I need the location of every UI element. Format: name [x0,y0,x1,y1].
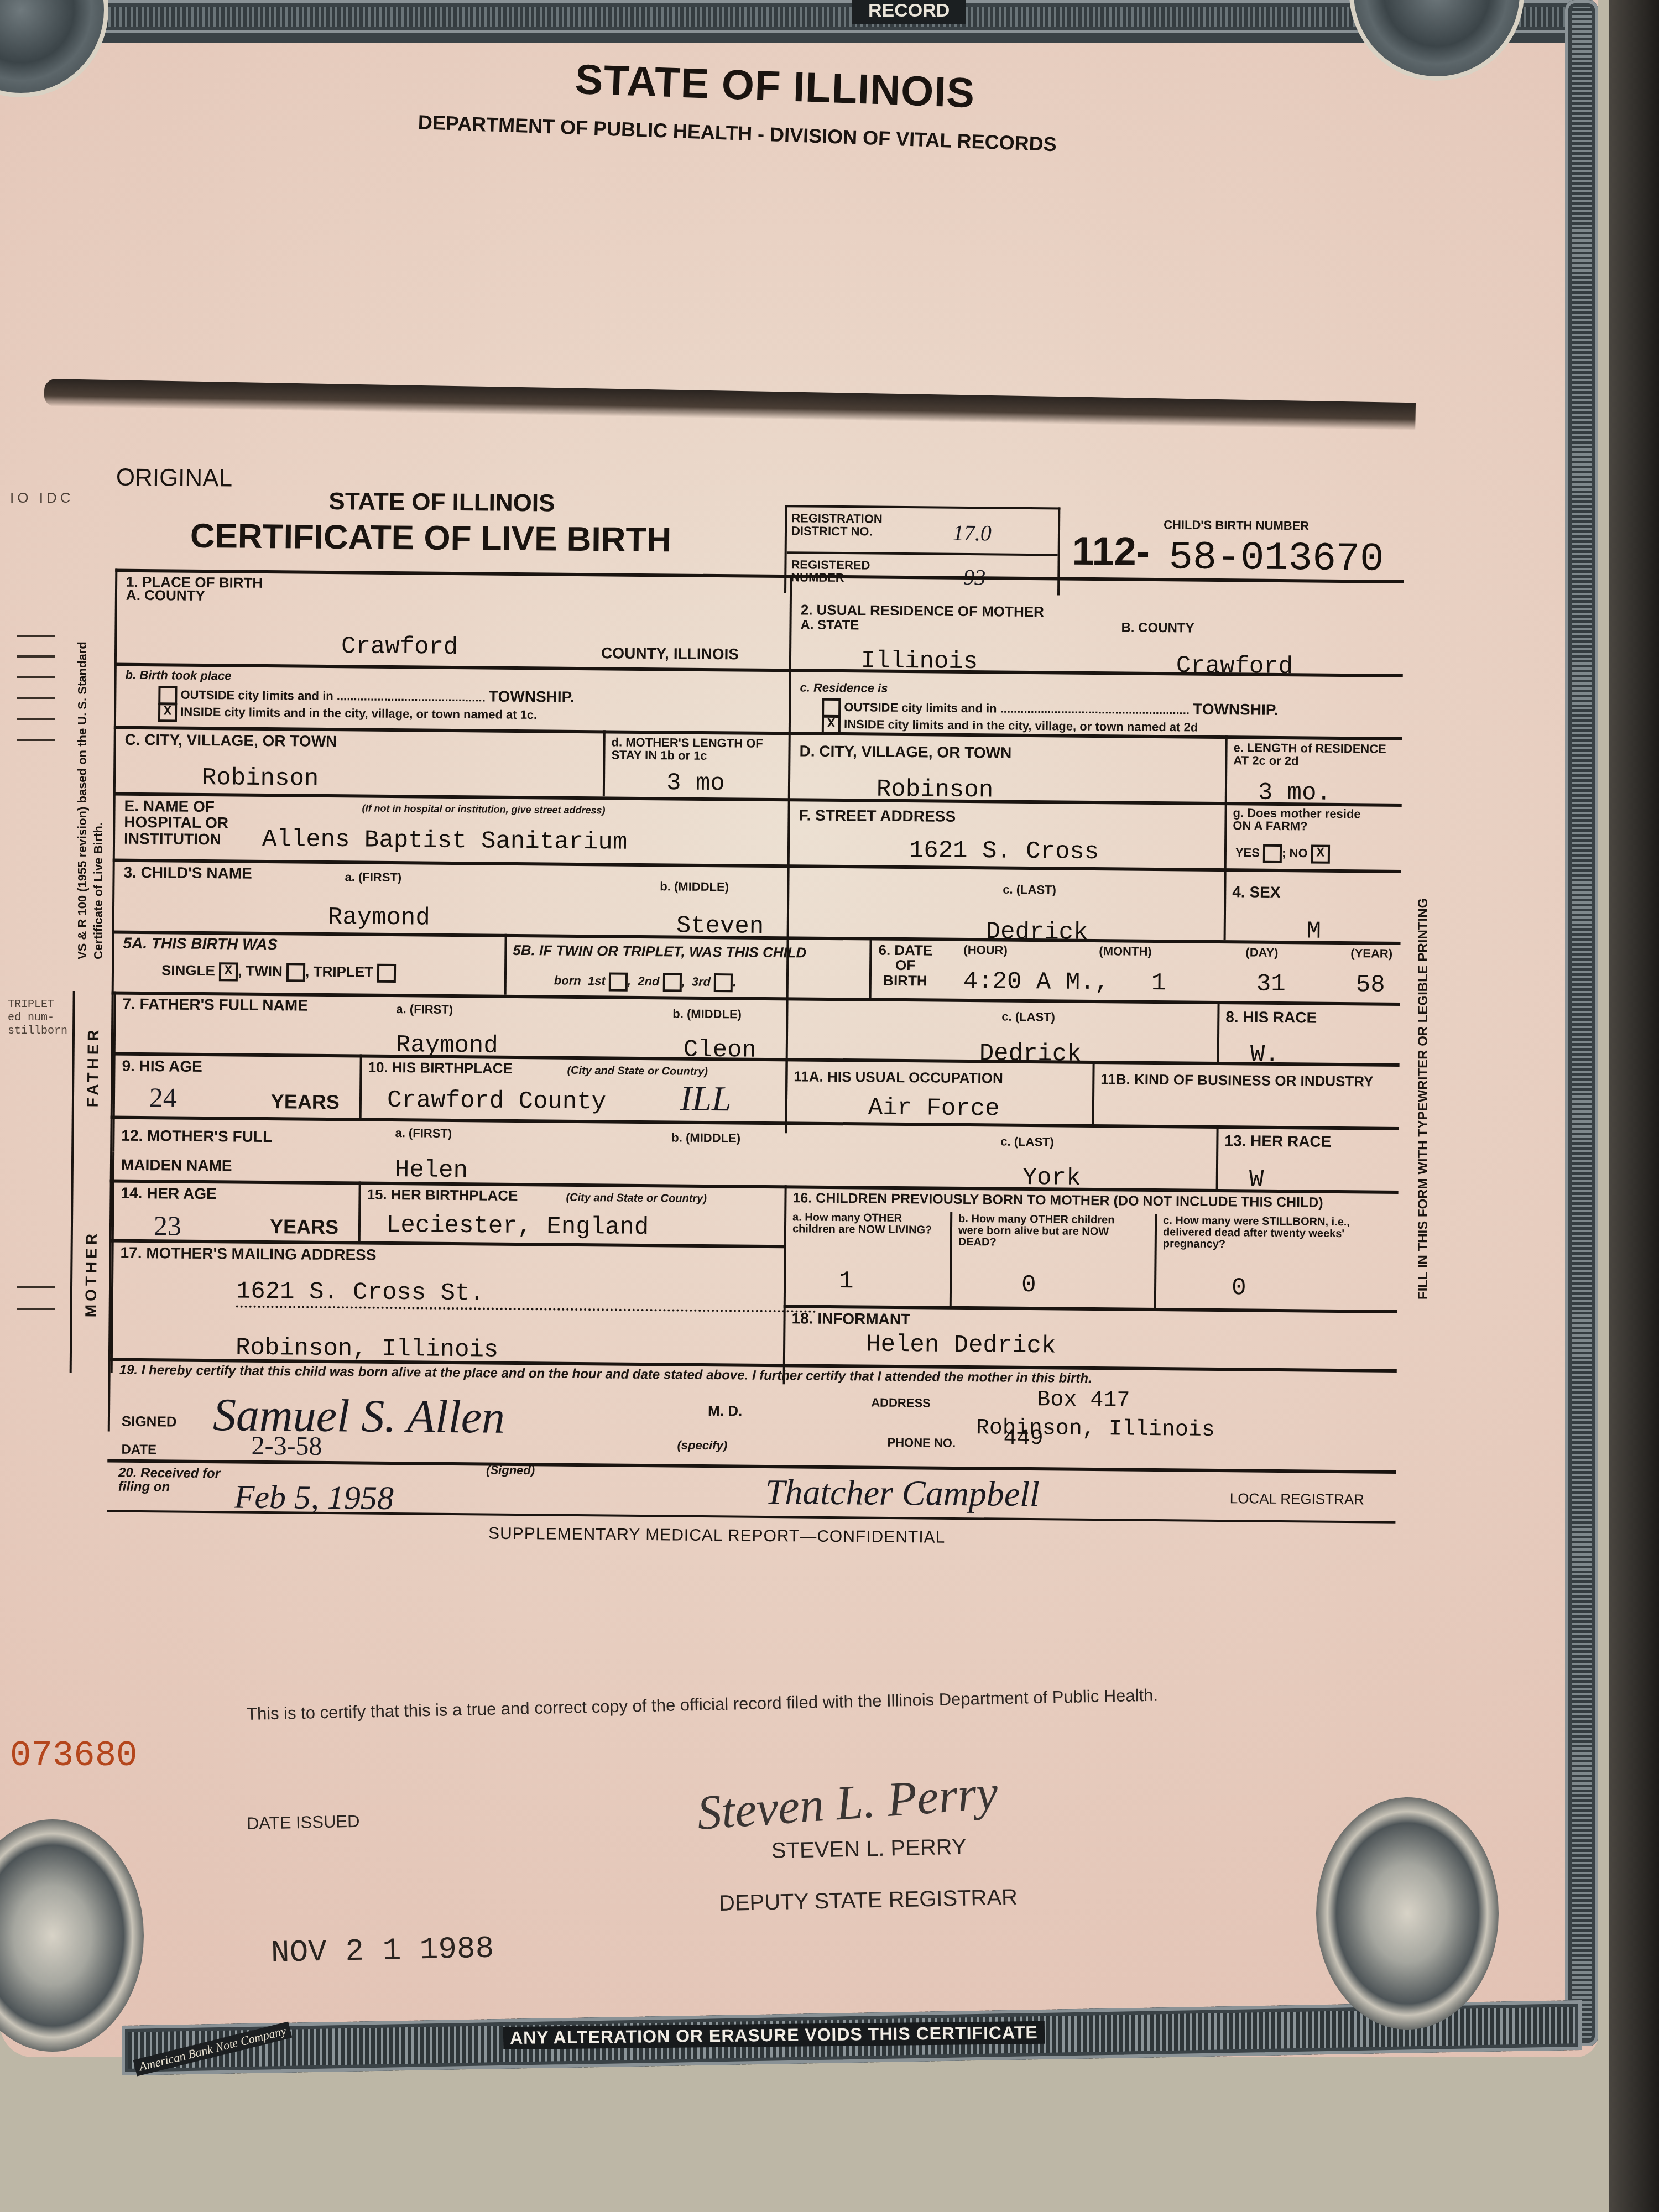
margin-tick [17,718,55,720]
page-title: STATE OF ILLINOIS [574,55,975,117]
registration-box: REGISTRATION DISTRICT NO. 17.0 REGISTERE… [784,505,1060,595]
certificate-form: ORIGINAL STATE OF ILLINOIS CERTIFICATE O… [68,465,1416,1554]
divider [359,1054,362,1118]
children-living-label: a. How many OTHER children are NOW LIVIN… [792,1212,936,1236]
born-label: born [554,973,581,987]
divider [787,551,1058,556]
business-label: 11b. KIND OF BUSINESS OR INDUSTRY [1100,1072,1377,1089]
phone-label: PHONE NO. [888,1436,956,1449]
residence-outside-checkbox[interactable] [822,698,841,717]
mother-name-label: 12. MOTHER'S FULL MAIDEN NAME [121,1121,332,1182]
divider [869,937,872,998]
original-label: ORIGINAL [116,465,233,492]
outside-label: OUTSIDE city limits and in [180,688,333,703]
farm-no-label: NO [1289,846,1307,860]
certification-statement: This is to certify that this is a true a… [247,1682,1275,1725]
twin-checkbox[interactable] [286,963,305,982]
farm-yes-checkbox[interactable] [1263,844,1282,863]
mother-section-label: MOTHER [82,1230,101,1318]
father-birthplace-label: 10. HIS BIRTHPLACE [368,1060,513,1077]
father-first-label: a. (FIRST) [396,1003,453,1016]
plurality-options: SINGLE X, TWIN , TRIPLET [161,962,396,983]
corner-rosette-icon [0,0,108,97]
corner-rosette-icon [1349,0,1524,81]
mother-age-value: 23 [154,1209,182,1241]
divider [1154,1214,1157,1308]
divider [1216,1125,1219,1189]
stay-length-label: d. MOTHER'S LENGTH OF STAY IN 1b or 1c [611,735,788,763]
occupation-value: Air Force [868,1094,1000,1123]
birth-certificate: RECORD STATE OF ILLINOIS DEPARTMENT OF P… [0,0,1598,2057]
page-subtitle: DEPARTMENT OF PUBLIC HEALTH - DIVISION O… [418,111,1057,156]
street-address-label: f. STREET ADDRESS [799,807,956,825]
district-value: 17.0 [953,520,992,546]
third-label: 3rd [692,975,711,989]
date-issued-stamp: NOV 2 1 1988 [270,1931,494,1971]
supplementary-report-label: SUPPLEMENTARY MEDICAL REPORT—CONFIDENTIA… [488,1525,945,1547]
deputy-name: STEVEN L. PERRY [771,1835,967,1864]
second-label: 2nd [638,974,659,988]
child-last-name: Dedrick [985,918,1088,947]
stay-length-value: 3 mo [666,769,725,797]
residence-is-label: c. Residence is [800,681,888,694]
twin-order-label: 5b. IF TWIN OR TRIPLET, was this child [513,943,806,961]
child-middle-label: b. (MIDDLE) [660,880,729,893]
father-birthplace-value: Crawford County [387,1087,606,1116]
county-label: a. COUNTY [126,588,205,604]
mother-middle-label: b. (MIDDLE) [671,1131,740,1144]
children-living-value: 1 [839,1267,854,1295]
informant-value: Helen Dedrick [866,1331,1056,1360]
district-label: REGISTRATION DISTRICT NO. [791,512,913,538]
outside-label: OUTSIDE city limits and in [844,700,997,715]
margin-fragment: TRIPLET ed num- stillborn [8,998,58,1038]
children-dead-value: 0 [1021,1271,1036,1299]
farm-options: YES ; NO X [1235,844,1330,863]
divider [603,730,606,796]
attendant-date: 2-3-58 [251,1431,322,1462]
mailing-address-label: 17. MOTHER'S MAILING ADDRESS [120,1245,376,1263]
margin-tick [17,739,55,741]
mother-birthplace-value: Leciester, England [386,1212,649,1241]
margin-tick [17,676,55,678]
date-of-birth-label: 6. DATE OF BIRTH [878,943,933,989]
typewriter-instruction: FILL IN THIS FORM WITH TYPEWRITER OR LEG… [1416,898,1431,1300]
signed-note: (Signed) [486,1464,535,1477]
children-stillborn-label: c. How many were STILLBORN, i.e., delive… [1163,1215,1374,1251]
inside-label: INSIDE city limits and in the city, vill… [180,705,537,722]
first-born-checkbox[interactable] [609,972,628,991]
birth-day: 31 [1256,971,1286,998]
birth-month: 1 [1151,969,1166,997]
children-born-label: 16. CHILDREN PREVIOUSLY BORN TO MOTHER (… [792,1191,1401,1211]
divider [110,1180,1399,1194]
year-label: (YEAR) [1350,947,1392,960]
father-last-name: Dedrick [979,1040,1082,1068]
residence-length-label: e. LENGTH of RESIDENCE AT 2c or 2d [1233,741,1399,768]
divider [107,1510,1395,1524]
father-last-label: c. (LAST) [1001,1010,1055,1024]
margin-tick [17,1286,55,1288]
registered-number-label: REGISTERED NUMBER [791,558,901,585]
residence-state-label: a. STATE [800,618,859,632]
street-address-value: 1621 S. Cross [909,837,1099,866]
album-binding [1609,0,1659,2212]
mother-race-label: 13. HER RACE [1224,1133,1331,1150]
other-specify-label: (specify) [677,1439,727,1452]
divider [950,1212,952,1306]
hour-label: (HOUR) [963,943,1008,957]
divider [1224,868,1227,940]
twin-label: TWIN [246,963,283,980]
township-label: TOWNSHIP. [1193,701,1279,718]
department-seal-icon [1316,1797,1499,2030]
single-label: SINGLE [161,962,215,979]
phone-value: 449 [1003,1426,1043,1452]
child-first-name: Raymond [328,904,430,932]
certificate-title: CERTIFICATE OF LIVE BIRTH [190,518,672,559]
hospital-value: Allens Baptist Sanitarium [262,826,628,857]
county-suffix: COUNTY, ILLINOIS [601,645,739,662]
serial-number: 073680 [10,1736,137,1776]
father-race-label: 8. HIS RACE [1225,1009,1317,1026]
divider [785,1058,788,1121]
mother-birthplace-note: (City and State or Country) [566,1192,707,1205]
mailing-address-line1: 1621 S. Cross St. [236,1278,816,1313]
divider [785,575,792,1133]
sex-label: 4. SEX [1232,884,1280,900]
hospital-note: (If not in hospital or institution, give… [362,804,606,816]
outside-checkbox[interactable] [158,686,177,705]
father-birthplace-handwritten: ILL [680,1078,732,1120]
margin-tick [17,655,55,658]
margin-code: IO IDC [10,489,74,507]
residence-county-label: b. COUNTY [1121,620,1194,635]
birth-inside-option[interactable]: X INSIDE city limits and in the city, vi… [158,703,537,725]
inside-label: INSIDE city limits and in the city, vill… [844,717,1198,734]
occupation-label: 11a. HIS USUAL OCCUPATION [794,1069,1003,1086]
deputy-title: DEPUTY STATE REGISTRAR [719,1885,1018,1916]
township-label: TOWNSHIP. [489,688,575,706]
inside-checkbox[interactable]: X [158,703,177,722]
birth-order-options: born 1st , 2nd , 3rd . [554,972,737,993]
right-border [1565,0,1598,2046]
father-birthplace-note: (City and State or Country) [567,1065,708,1078]
first-label: 1st [588,974,606,988]
form-state-label: STATE OF ILLINOIS [328,489,555,517]
birth-city-value: Robinson [202,764,319,793]
margin-tick [17,1308,55,1310]
mother-first-label: a. (FIRST) [395,1126,452,1140]
hospital-label: e. NAME OF HOSPITAL OR INSTITUTION [124,798,263,848]
mother-years-label: YEARS [270,1216,338,1238]
plurality-label: 5a. THIS BIRTH was [123,935,278,953]
divider [107,1459,1396,1474]
registrar-signature: Thatcher Campbell [765,1472,1040,1515]
date-issued-label: DATE ISSUED [247,1812,360,1834]
margin-tick [17,635,55,637]
divider [1217,1001,1220,1062]
single-checkbox[interactable]: X [219,962,238,981]
birth-number-prefix: 112- [1072,529,1150,575]
birth-took-place-label: b. Birth took place [126,669,232,682]
local-registrar-label: LOCAL REGISTRAR [1230,1491,1364,1507]
informant-label: 18. INFORMANT [791,1310,910,1327]
father-age-label: 9. HIS AGE [122,1058,202,1075]
father-years-label: YEARS [271,1091,340,1113]
state-seal-icon [0,1819,144,2052]
md-label: M. D. [708,1404,742,1419]
divider [113,792,1402,807]
signed-label: SIGNED [122,1414,177,1430]
farm-yes-label: YES [1235,846,1260,859]
triplet-label: TRIPLET [313,963,373,980]
third-born-checkbox[interactable] [714,973,733,992]
child-last-label: c. (LAST) [1003,883,1056,896]
mother-first-name: Helen [395,1156,468,1185]
day-label: (DAY) [1245,946,1278,959]
birth-year: 58 [1356,971,1385,999]
residence-city-label: d. CITY, VILLAGE, OR TOWN [799,743,1011,761]
mother-age-label: 14. HER AGE [121,1185,216,1202]
filing-label: 20. Received for filing on [118,1466,229,1495]
birth-hour: 4:20 A M., [963,968,1109,997]
farm-no-checkbox[interactable]: X [1311,844,1330,863]
divider [113,859,1401,873]
child-name-label: 3. CHILD'S NAME [123,864,252,881]
residence-county-value: Crawford [1176,652,1293,681]
divider [1092,1061,1095,1124]
mother-birthplace-label: 15. HER BIRTHPLACE [367,1187,518,1204]
torn-edge [44,379,1416,430]
mother-last-label: c. (LAST) [1000,1135,1054,1149]
mother-section-frame: MOTHER [70,1151,114,1373]
father-section-label: FATHER [84,1026,102,1107]
farm-question: g. Does mother reside ON A FARM? [1233,806,1371,833]
father-middle-label: b. (MIDDLE) [672,1007,742,1020]
birth-county-value: Crawford [341,633,458,661]
attendant-address-line1: Box 417 [1037,1387,1130,1413]
month-label: (MONTH) [1099,945,1152,958]
divider [358,1181,361,1242]
triplet-checkbox[interactable] [377,964,396,983]
date-label: DATE [121,1443,156,1457]
father-age-value: 24 [149,1081,178,1113]
attendant-address-label: ADDRESS [871,1396,931,1410]
birth-city-label: c. CITY, VILLAGE, OR TOWN [125,732,337,750]
top-banner: RECORD [852,0,966,24]
birth-number-label: CHILD'S BIRTH NUMBER [1164,518,1309,532]
divider [504,934,507,995]
second-born-checkbox[interactable] [662,973,681,992]
father-section-frame: FATHER [71,991,116,1152]
child-first-label: a. (FIRST) [345,870,401,884]
children-stillborn-value: 0 [1232,1274,1246,1302]
margin-tick [17,697,55,699]
deputy-signature: Steven L. Perry [695,1765,1000,1841]
birth-number-value: 58-013670 [1168,535,1384,582]
father-name-label: 7. FATHER'S FULL NAME [122,996,308,1014]
children-dead-label: b. How many OTHER children were born ali… [958,1213,1141,1250]
